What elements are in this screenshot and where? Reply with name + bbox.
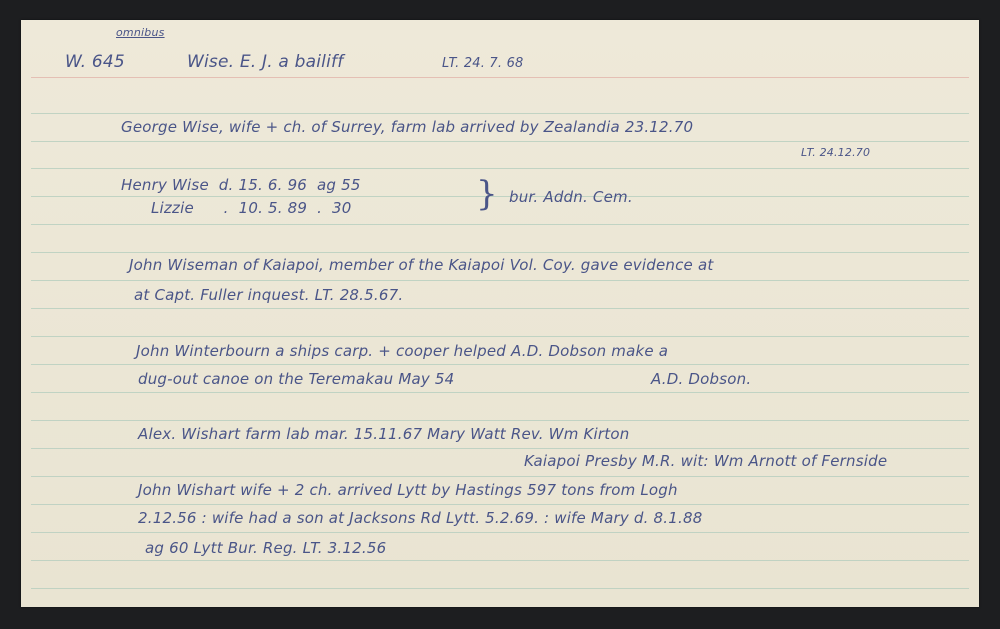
ruled-line bbox=[31, 141, 969, 142]
ruled-line bbox=[31, 588, 969, 589]
ruled-line bbox=[31, 280, 969, 281]
brace-icon: } bbox=[476, 177, 498, 211]
entry-source: LT. 24.12.70 bbox=[801, 147, 870, 158]
header-annotation: omnibus bbox=[116, 27, 165, 38]
ruled-line bbox=[31, 392, 969, 393]
entry-line: Kaiapoi Presby M.R. wit: Wm Arnott of Fe… bbox=[524, 454, 887, 469]
ruled-line bbox=[31, 336, 969, 337]
ruled-line bbox=[31, 196, 969, 197]
ruled-line bbox=[31, 252, 969, 253]
entry-note: bur. Addn. Cem. bbox=[509, 190, 633, 205]
ruled-line bbox=[31, 532, 969, 533]
card-reference: W. 645 bbox=[65, 54, 125, 71]
card-subject-name: Wise. E. J. a bailiff bbox=[187, 54, 343, 71]
ruled-line bbox=[31, 224, 969, 225]
header-rule bbox=[31, 77, 969, 78]
ruled-line bbox=[31, 364, 969, 365]
ruled-line bbox=[31, 113, 969, 114]
ruled-line bbox=[31, 448, 969, 449]
ruled-line bbox=[31, 168, 969, 169]
entry-line: John Wishart wife + 2 ch. arrived Lytt b… bbox=[138, 483, 678, 498]
entry-line: George Wise, wife + ch. of Surrey, farm … bbox=[121, 120, 693, 135]
entry-signature: A.D. Dobson. bbox=[651, 372, 751, 387]
entry-line: John Winterbourn a ships carp. + cooper … bbox=[136, 344, 668, 359]
ruled-line bbox=[31, 560, 969, 561]
ruled-line bbox=[31, 504, 969, 505]
entry-line: 2.12.56 : wife had a son at Jacksons Rd … bbox=[138, 511, 702, 526]
ruled-line bbox=[31, 420, 969, 421]
card-source: LT. 24. 7. 68 bbox=[442, 57, 524, 70]
entry-line: John Wiseman of Kaiapoi, member of the K… bbox=[129, 258, 713, 273]
entry-line: at Capt. Fuller inquest. LT. 28.5.67. bbox=[134, 288, 403, 303]
ruled-line bbox=[31, 476, 969, 477]
entry-line: dug-out canoe on the Teremakau May 54 bbox=[138, 372, 454, 387]
entry-line: Alex. Wishart farm lab mar. 15.11.67 Mar… bbox=[138, 427, 629, 442]
entry-line: ag 60 Lytt Bur. Reg. LT. 3.12.56 bbox=[145, 541, 386, 556]
entry-line: Henry Wise d. 15. 6. 96 ag 55 bbox=[121, 178, 361, 193]
entry-line: Lizzie . 10. 5. 89 . 30 bbox=[151, 201, 352, 216]
index-card: omnibus W. 645 Wise. E. J. a bailiff LT.… bbox=[21, 20, 979, 607]
ruled-line bbox=[31, 308, 969, 309]
